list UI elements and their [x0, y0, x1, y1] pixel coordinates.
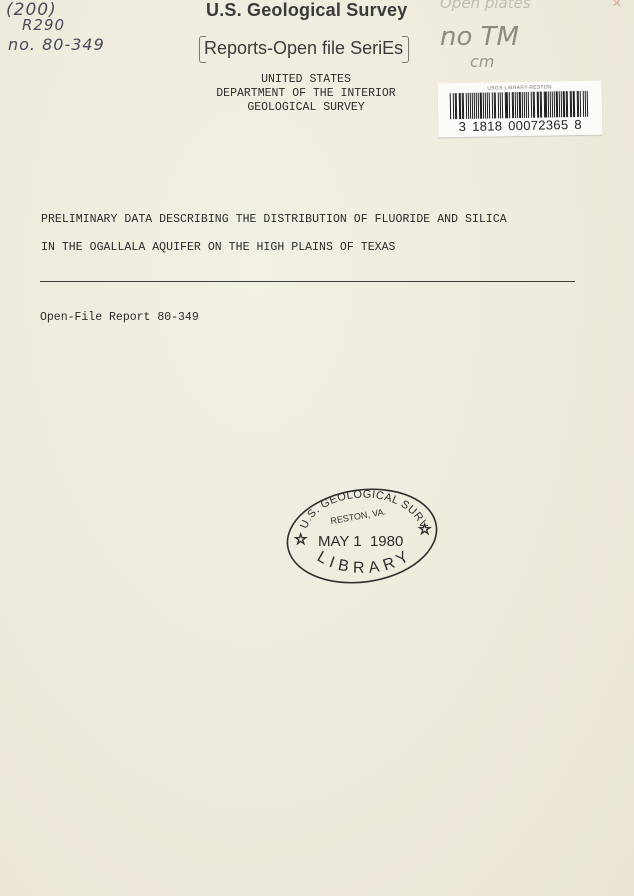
- report-title-line-1: PRELIMINARY DATA DESCRIBING THE DISTRIBU…: [41, 213, 507, 226]
- handwritten-call-number-line-3: no. 80-349: [8, 35, 105, 54]
- library-received-stamp: U.S. GEOLOGICAL SURVEY RESTON, VA. ☆ ☆ M…: [284, 486, 440, 586]
- red-x-mark-icon: ×: [612, 0, 622, 13]
- report-number: Open-File Report 80-349: [40, 311, 199, 324]
- bracket-right-icon: [402, 36, 409, 63]
- horizontal-rule: [40, 281, 575, 282]
- report-title-line-2: IN THE OGALLALA AQUIFER ON THE HIGH PLAI…: [41, 241, 396, 254]
- agency-line-department: DEPARTMENT OF THE INTERIOR: [186, 87, 426, 101]
- usgs-header-stamp: U.S. Geological Survey: [206, 0, 407, 21]
- stamp-location: RESTON, VA.: [330, 506, 387, 526]
- barcode-icon: [450, 91, 590, 119]
- pencil-note-line-1: Open plates: [440, 0, 531, 12]
- series-stamp-text: Reports-Open file SeriEs: [204, 38, 403, 58]
- agency-line-survey: GEOLOGICAL SURVEY: [186, 101, 426, 115]
- star-icon: ☆: [418, 520, 431, 538]
- pencil-note-line-3: cm: [470, 52, 494, 71]
- barcode-number: 3 1818 00072365 8: [438, 117, 602, 135]
- stamp-date: MAY 1 1980: [318, 533, 403, 550]
- barcode-label: USGS LIBRARY-RESTON 3 1818 00072365 8: [438, 81, 603, 138]
- open-file-series-stamp: Reports-Open file SeriEs: [200, 36, 407, 61]
- bracket-left-icon: [199, 36, 206, 63]
- agency-line-country: UNITED STATES: [186, 73, 426, 87]
- pencil-note-line-2: no TM: [440, 22, 519, 52]
- handwritten-call-number-line-2: R290: [22, 16, 65, 34]
- stamp-top-arc: U.S. GEOLOGICAL SURVEY: [284, 486, 430, 531]
- svg-text:U.S. GEOLOGICAL SURVEY: U.S. GEOLOGICAL SURVEY: [284, 486, 430, 531]
- star-icon: ☆: [294, 530, 307, 548]
